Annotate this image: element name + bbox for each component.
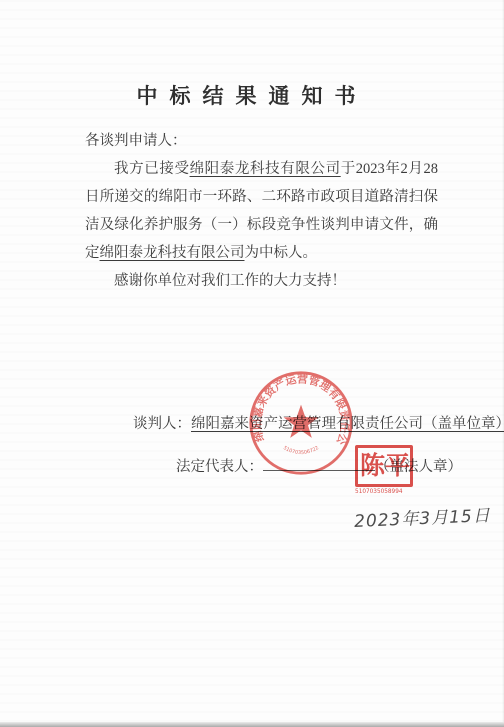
- notice-body-paragraph: 我方已接受绵阳泰龙科技有限公司于2023年2月28日所递交的绵阳市一环路、二环路…: [85, 155, 438, 267]
- legal-rep-signature-line: 法定代表人：（盖法人章）: [176, 455, 462, 476]
- legal-rep-suffix: （盖法人章）: [375, 459, 462, 475]
- thanks-line: 感谢你单位对我们工作的大力支持！: [85, 269, 438, 290]
- legal-rep-signature-blank: [263, 456, 375, 471]
- seal-ring-text: 绵阳嘉来资产运营管理有限责任公司: [248, 370, 353, 447]
- document-title: 中标结果通知书: [0, 80, 504, 110]
- winning-company-name-1: 绵阳泰龙科技有限公司: [190, 161, 341, 177]
- paragraph-lead: 我方已接受: [114, 161, 190, 177]
- svg-text:绵阳嘉来资产运营管理有限责任公司: 绵阳嘉来资产运营管理有限责任公司: [248, 370, 353, 447]
- notice-document-page: 中标结果通知书 各谈判申请人： 我方已接受绵阳泰龙科技有限公司于2023年2月2…: [0, 0, 504, 727]
- winning-company-name-2: 绵阳泰龙科技有限公司: [100, 245, 245, 261]
- legal-rep-label: 法定代表人：: [176, 459, 263, 475]
- paragraph-tail: 为中标人。: [245, 245, 318, 261]
- scan-edge-shadow-bottom: [0, 722, 504, 727]
- name-seal-serial-number: 5107035058994: [355, 488, 403, 495]
- negotiator-signature-line: 谈判人：绵阳嘉来资产运营管理有限责任公司（盖单位章）: [133, 412, 504, 433]
- handwritten-date: 2023年3月15日: [354, 501, 492, 532]
- negotiator-label: 谈判人：: [133, 416, 191, 432]
- negotiator-company-value: 绵阳嘉来资产运营管理有限责任公司（盖单位章）: [191, 416, 504, 432]
- salutation-line: 各谈判申请人：: [85, 129, 187, 150]
